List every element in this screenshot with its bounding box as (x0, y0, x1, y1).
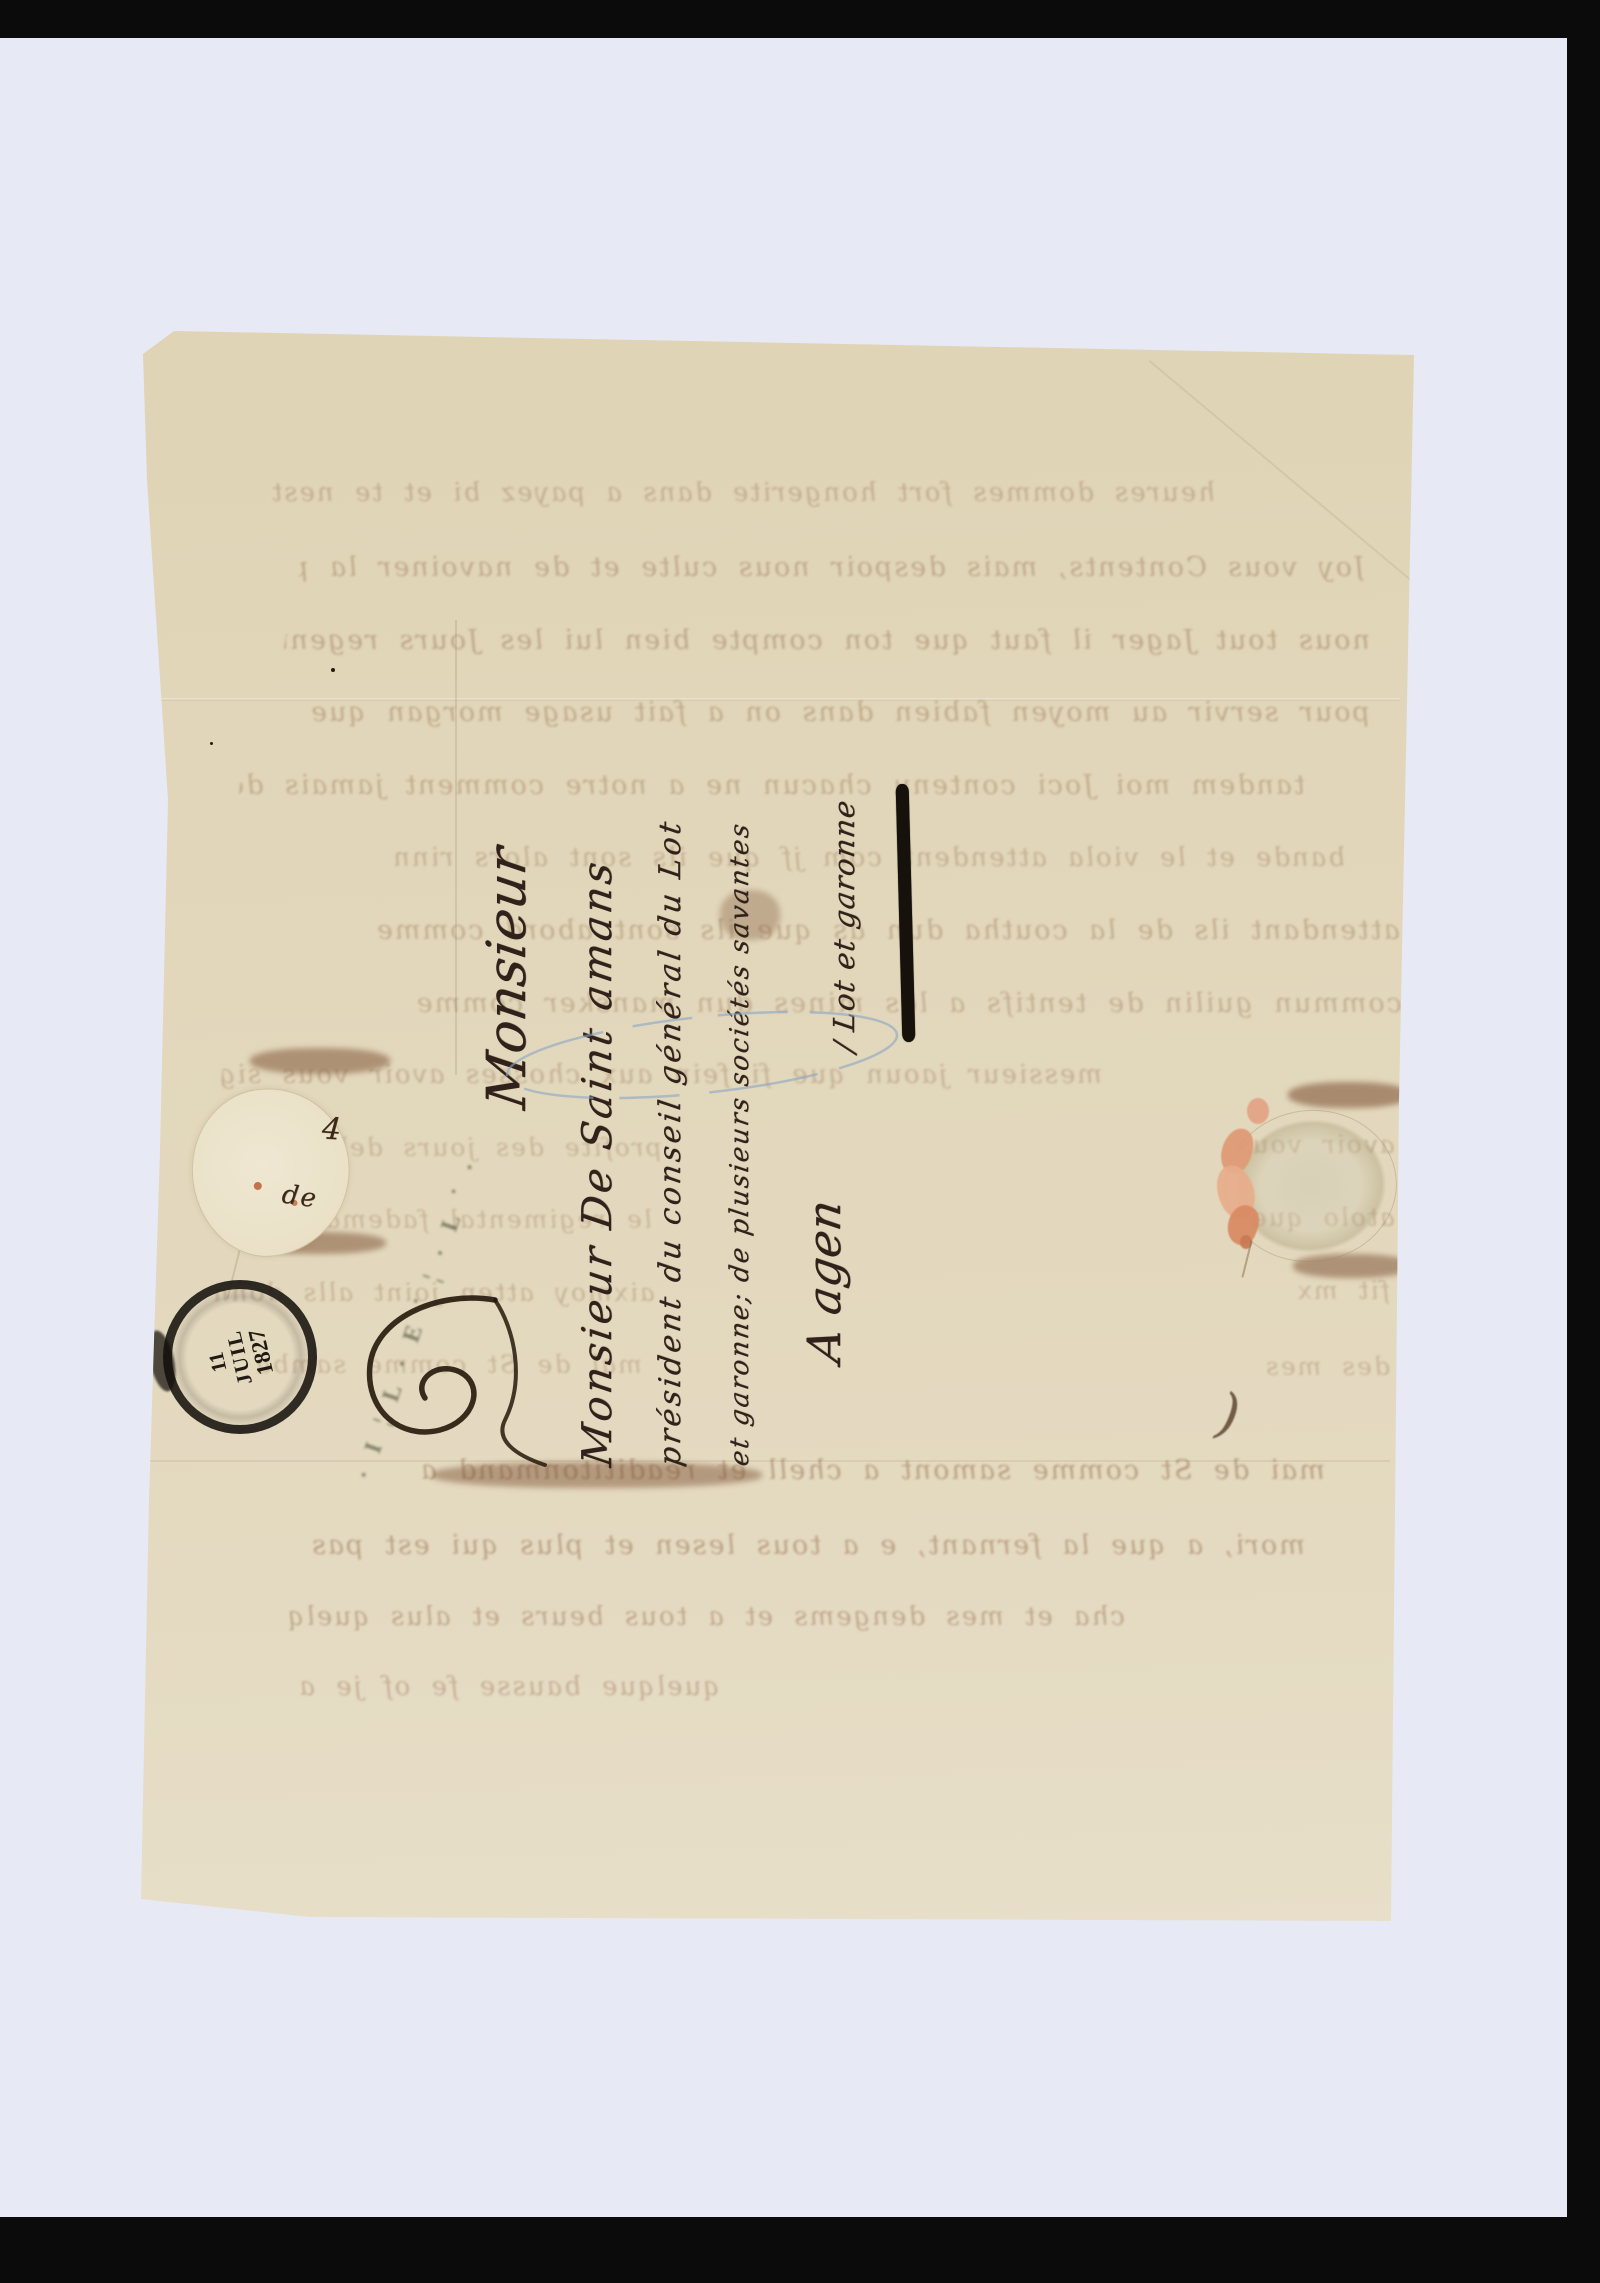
bleed-through-line: heures dommes fort hongerite dans a paye… (253, 478, 1216, 508)
date-postmark: 11 JUIL 1827 (163, 1280, 317, 1434)
wax-speck (253, 1181, 262, 1190)
scanner-edge-top (0, 0, 1600, 38)
bleed-through-line: des mes (1078, 1352, 1391, 1381)
address-block: Monsieur Monsieur De Saint amans préside… (475, 780, 940, 1480)
ink-speck (331, 668, 335, 672)
small-ink-note: de (280, 1180, 320, 1215)
bleed-through-line: Joy vous Contents, mais despoir nous cul… (298, 552, 1366, 583)
scanner-edge-bottom (0, 2217, 1600, 2283)
address-title-line-2: et garonne; de plusieurs sociétés savant… (725, 820, 755, 1468)
bleed-through-line: fit mx (1088, 1276, 1391, 1305)
bleed-through-line: quelque bausse fe of je al (298, 1672, 721, 1702)
postal-rate-numeral: 4 (321, 1111, 342, 1147)
bleed-through-line: pour servir au moyen fabien dans on a fa… (248, 697, 1371, 728)
scan-canvas: heures dommes fort hongerite dans a paye… (0, 0, 1600, 2283)
blue-crayon-oval (495, 1000, 915, 1110)
ink-speck (210, 742, 213, 745)
address-title-line-1: président du conseil général du Lot (653, 817, 688, 1469)
address-city-line: A agen (797, 1197, 851, 1366)
bleed-through-smudge (1288, 1082, 1410, 1108)
bleed-through-line: nous tout Jager il faut que ton compte b… (283, 625, 1371, 656)
letter-sheet: heures dommes fort hongerite dans a paye… (0, 0, 1600, 2283)
bleed-through-line: mori, a que la fernant, e a tous lesen e… (293, 1530, 1306, 1561)
address-name-line: Monsieur De Saint amans (573, 856, 621, 1469)
bleed-through-line: cha et mes dengems et a tous beurs et al… (283, 1602, 1126, 1632)
bleed-through-smudge (250, 1048, 390, 1074)
paren-ink-stroke: ) (1213, 1381, 1245, 1447)
scanner-edge-right (1567, 0, 1600, 2283)
wax-remnant (1247, 1098, 1269, 1124)
